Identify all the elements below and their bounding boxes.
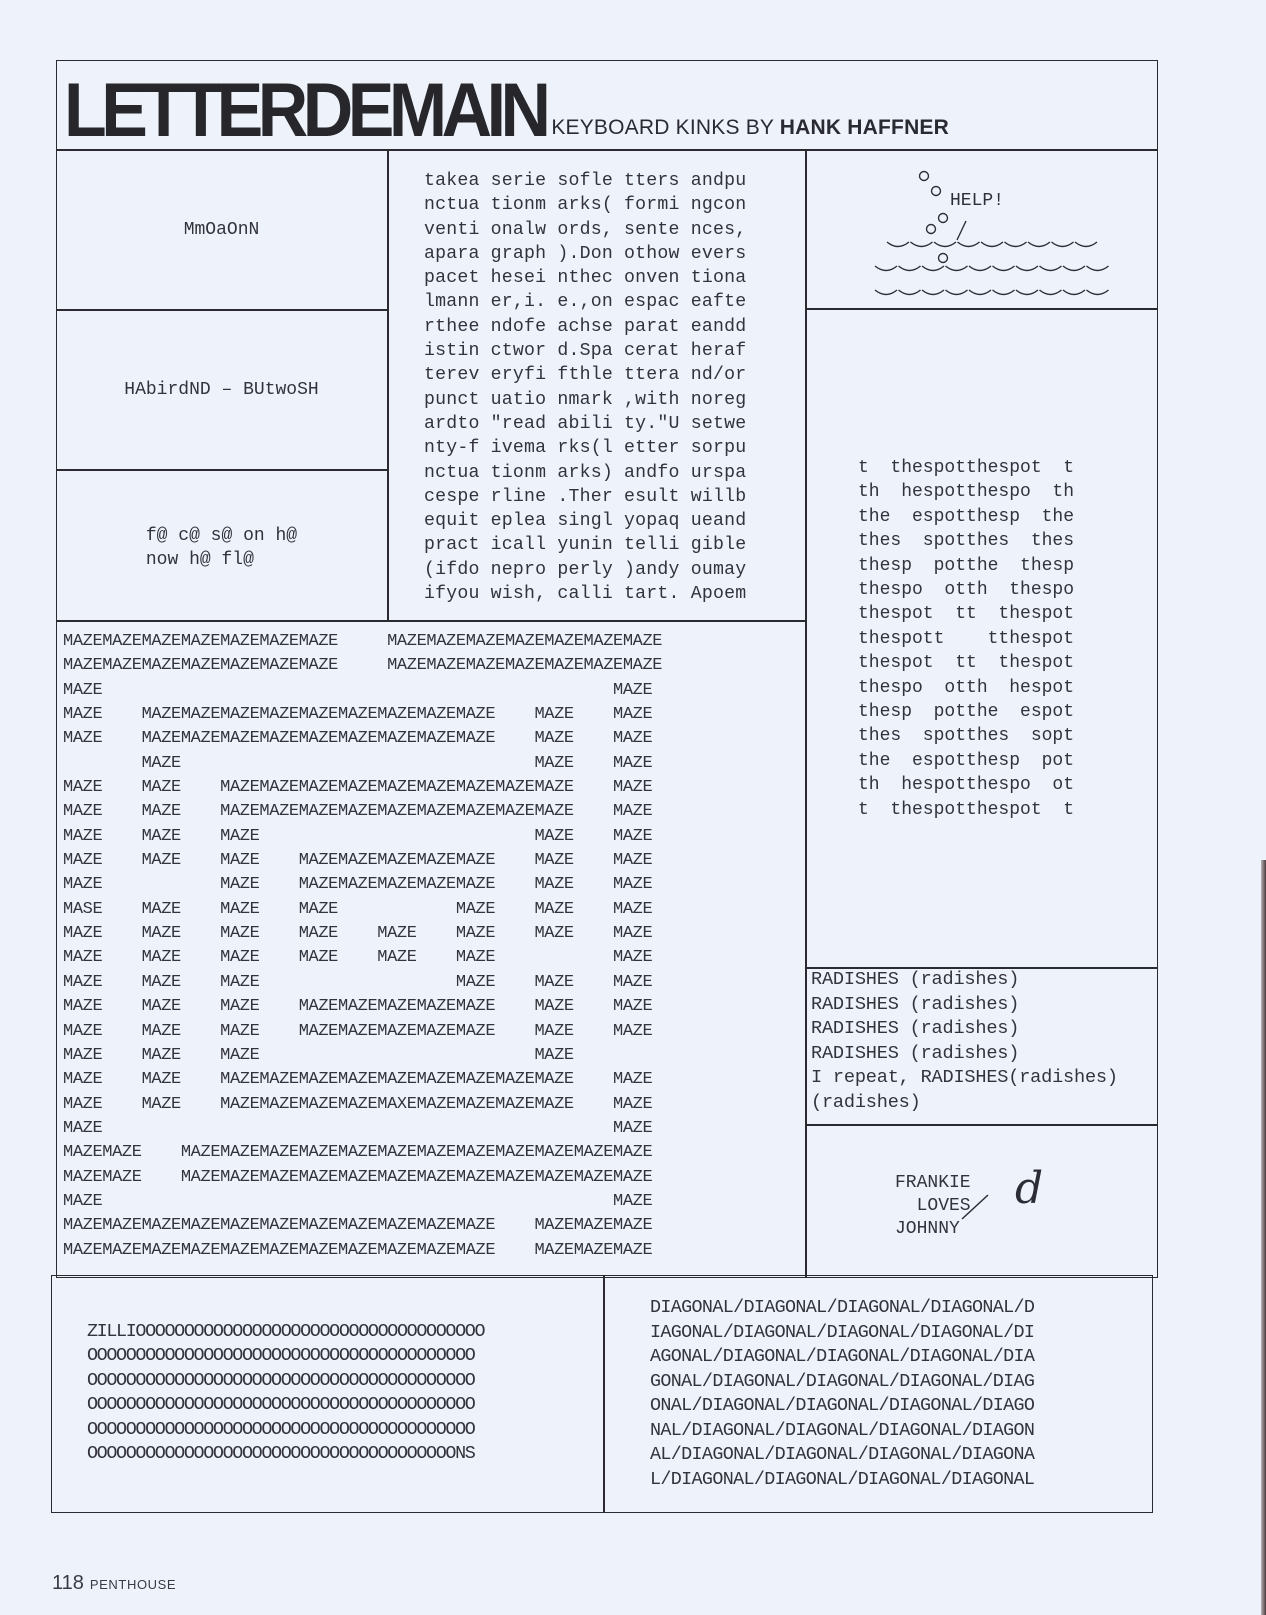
text-line: MAZE MAZE MAZEMAZEMAZEMAZEMAZEMAZEMAZEMA… <box>63 776 662 800</box>
text-line: MAZE MAZE <box>63 1190 662 1214</box>
text-line: pract icall yunin telli gible <box>424 533 746 557</box>
text-line: thespo otth thespo <box>858 578 1074 602</box>
text-line: lmann er,i. e.,on espac eafte <box>424 290 746 314</box>
puzzle-moon-text: MmOaOnN <box>184 217 260 243</box>
text-line: L/DIAGONAL/DIAGONAL/DIAGONAL/DIAGONAL <box>650 1468 1034 1493</box>
page-binding-edge <box>1261 860 1266 1615</box>
divider-help-bottom <box>805 308 1158 310</box>
text-line: thes spotthes sopt <box>858 724 1074 748</box>
puzzle-at-signs-text: f@ c@ s@ on h@ now h@ fl@ <box>146 524 297 572</box>
text-line: DIAGONAL/DIAGONAL/DIAGONAL/DIAGONAL/D <box>650 1296 1034 1321</box>
text-line: thespo otth hespot <box>858 676 1074 700</box>
text-line: thespot tt thespot <box>858 651 1074 675</box>
text-line: MAZE MAZEMAZEMAZEMAZEMAZEMAZEMAZEMAZEMAZ… <box>63 703 662 727</box>
text-line: RADISHES (radishes) <box>811 968 1118 993</box>
divider-left-col <box>387 149 389 621</box>
magazine-name: PENTHOUSE <box>90 1577 176 1592</box>
text-line: AGONAL/DIAGONAL/DIAGONAL/DIAGONAL/DIA <box>650 1345 1034 1370</box>
article-logo: LETTERDEMAIN <box>64 80 545 142</box>
text-line: ZILLIOOOOOOOOOOOOOOOOOOOOOOOOOOOOOOOOOOO… <box>87 1320 484 1344</box>
page-footer: 118PENTHOUSE <box>52 1572 176 1595</box>
help-text: HELP! <box>950 191 1004 211</box>
text-line: MAZEMAZE MAZEMAZEMAZEMAZEMAZEMAZEMAZEMAZ… <box>63 1166 662 1190</box>
text-line: MAZE MAZE <box>63 1117 662 1141</box>
text-line: thespot tt thespot <box>858 602 1074 626</box>
text-line: thespott tthespot <box>858 627 1074 651</box>
text-line: thes spotthes thes <box>858 529 1074 553</box>
text-line: MAZE MAZE MAZEMAZEMAZEMAZEMAZEMAZEMAZEMA… <box>63 800 662 824</box>
text-line: MAZE MAZE <box>63 679 662 703</box>
text-line: OOOOOOOOOOOOOOOOOOOOOOOOOOOOOOOOOOOOOOOO <box>87 1344 484 1368</box>
divider-radish-bottom <box>805 1124 1158 1126</box>
text-line: nctua tionm arks) andfo urspa <box>424 461 746 485</box>
text-line: the espotthesp pot <box>858 749 1074 773</box>
text-line: rthee ndofe achse parat eandd <box>424 315 746 339</box>
text-line: MAZE MAZE MAZE MAZE MAZE MAZE MAZE <box>63 946 662 970</box>
text-line: t thespotthespot t <box>858 456 1074 480</box>
text-line: OOOOOOOOOOOOOOOOOOOOOOOOOOOOOOOOOOOOOONS <box>87 1442 484 1466</box>
byline-prefix: KEYBOARD KINKS BY <box>551 116 779 139</box>
text-line: nty-f ivema rks(l etter sorpu <box>424 436 746 460</box>
text-line: FRANKIE <box>895 1172 971 1195</box>
divider-maze-top <box>56 620 805 622</box>
text-line: OOOOOOOOOOOOOOOOOOOOOOOOOOOOOOOOOOOOOOOO <box>87 1393 484 1417</box>
text-line: MAZEMAZE MAZEMAZEMAZEMAZEMAZEMAZEMAZEMAZ… <box>63 1141 662 1165</box>
thespot-text-block: t thespotthespot tth hespotthespo ththe … <box>858 456 1074 822</box>
zillions-text-block: ZILLIOOOOOOOOOOOOOOOOOOOOOOOOOOOOOOOOOOO… <box>87 1320 484 1466</box>
text-line: takea serie sofle tters andpu <box>424 169 746 193</box>
text-line: RADISHES (radishes) <box>811 1042 1118 1067</box>
radishes-text-block: RADISHES (radishes)RADISHES (radishes)RA… <box>811 968 1118 1115</box>
poem-text-block: takea serie sofle tters andpunctua tionm… <box>424 169 746 606</box>
puzzle-bird-bush-text: HAbirdND – BUtwoSH <box>124 377 318 403</box>
text-line: the espotthesp the <box>858 505 1074 529</box>
text-line: istin ctwor d.Spa cerat heraf <box>424 339 746 363</box>
text-line: apara graph ).Don othow evers <box>424 242 746 266</box>
text-line: punct uatio nmark ,with noreg <box>424 388 746 412</box>
text-line: terev eryfi fthle ttera nd/or <box>424 363 746 387</box>
divider-bottom-mid <box>603 1275 605 1513</box>
text-line: venti onalw ords, sente nces, <box>424 218 746 242</box>
text-line: MAZE MAZE MAZEMAZEMAZEMAZEMAZE MAZE MAZE <box>63 873 662 897</box>
text-line: AL/DIAGONAL/DIAGONAL/DIAGONAL/DIAGONA <box>650 1443 1034 1468</box>
text-line: equit eplea singl yopaq ueand <box>424 509 746 533</box>
text-line: MAZE MAZE MAZEMAZEMAZEMAZEMAZEMAZEMAZEMA… <box>63 1068 662 1092</box>
text-line: th hespotthespo ot <box>858 773 1074 797</box>
masthead: LETTERDEMAIN KEYBOARD KINKS BY HANK HAFF… <box>64 72 949 142</box>
puzzle-at-signs: f@ c@ s@ on h@ now h@ fl@ <box>56 470 387 620</box>
handwritten-correction: d <box>1015 1163 1043 1214</box>
diagonal-text-block: DIAGONAL/DIAGONAL/DIAGONAL/DIAGONAL/DIAG… <box>650 1296 1034 1492</box>
text-line: MASE MAZE MAZE MAZE MAZE MAZE MAZE <box>63 898 662 922</box>
text-line: MAZE MAZE MAZEMAZEMAZEMAZEMAXEMAZEMAZEMA… <box>63 1093 662 1117</box>
text-line: MAZE MAZEMAZEMAZEMAZEMAZEMAZEMAZEMAZEMAZ… <box>63 727 662 751</box>
text-line: MAZE MAZE MAZE MAZE MAZE <box>63 825 662 849</box>
text-line: MAZE MAZE MAZE MAZE MAZE MAZE <box>63 971 662 995</box>
text-line: RADISHES (radishes) <box>811 1017 1118 1042</box>
help-drowning-drawing: HELP! <box>865 160 1115 300</box>
text-line: GONAL/DIAGONAL/DIAGONAL/DIAGONAL/DIAG <box>650 1370 1034 1395</box>
text-line: MAZE MAZE MAZE MAZE MAZE MAZE MAZE MAZE <box>63 922 662 946</box>
text-line: MAZE MAZE MAZE MAZEMAZEMAZEMAZEMAZE MAZE… <box>63 1020 662 1044</box>
text-line: MAZE MAZE MAZE MAZE <box>63 1044 662 1068</box>
text-line: I repeat, RADISHES(radishes) <box>811 1066 1118 1091</box>
text-line: RADISHES (radishes) <box>811 993 1118 1018</box>
strike-through-mark-icon <box>960 1193 990 1221</box>
text-line: (ifdo nepro perly )andy oumay <box>424 558 746 582</box>
text-line: cespe rline .Ther esult willb <box>424 485 746 509</box>
text-line: pacet hesei nthec onven tiona <box>424 266 746 290</box>
byline-author: HANK HAFFNER <box>780 116 949 139</box>
text-line: NAL/DIAGONAL/DIAGONAL/DIAGONAL/DIAGON <box>650 1419 1034 1444</box>
text-line: MAZE MAZE MAZE <box>63 752 662 776</box>
text-line: thesp potthe espot <box>858 700 1074 724</box>
text-line: ONAL/DIAGONAL/DIAGONAL/DIAGONAL/DIAGO <box>650 1394 1034 1419</box>
text-line: (radishes) <box>811 1091 1118 1116</box>
text-line: nctua tionm arks( formi ngcon <box>424 193 746 217</box>
text-line: t thespotthespot t <box>858 798 1074 822</box>
text-line: JOHNNY <box>895 1218 971 1241</box>
text-line: thesp potthe thesp <box>858 554 1074 578</box>
text-line: ardto "read abili ty."U setwe <box>424 412 746 436</box>
text-line: MAZEMAZEMAZEMAZEMAZEMAZEMAZE MAZEMAZEMAZ… <box>63 654 662 678</box>
text-line: MAZE MAZE MAZE MAZEMAZEMAZEMAZEMAZE MAZE… <box>63 995 662 1019</box>
text-line: th hespotthespo th <box>858 480 1074 504</box>
byline: KEYBOARD KINKS BY HANK HAFFNER <box>551 116 949 140</box>
text-line: ifyou wish, calli tart. Apoem <box>424 582 746 606</box>
text-line: MAZEMAZEMAZEMAZEMAZEMAZEMAZEMAZEMAZEMAZE… <box>63 1214 662 1238</box>
text-line: MAZEMAZEMAZEMAZEMAZEMAZEMAZEMAZEMAZEMAZE… <box>63 1239 662 1263</box>
puzzle-moon: MmOaOnN <box>56 150 387 309</box>
text-line: OOOOOOOOOOOOOOOOOOOOOOOOOOOOOOOOOOOOOOOO <box>87 1369 484 1393</box>
bubbles-and-waves-icon: HELP! <box>865 160 1115 300</box>
divider-right-col <box>805 149 807 1278</box>
puzzle-bird-bush: HAbirdND – BUtwoSH <box>56 310 387 469</box>
text-line: OOOOOOOOOOOOOOOOOOOOOOOOOOOOOOOOOOOOOOOO <box>87 1418 484 1442</box>
text-line: IAGONAL/DIAGONAL/DIAGONAL/DIAGONAL/DI <box>650 1321 1034 1346</box>
maze-text-block: MAZEMAZEMAZEMAZEMAZEMAZEMAZE MAZEMAZEMAZ… <box>63 630 662 1263</box>
text-line: MAZE MAZE MAZE MAZEMAZEMAZEMAZEMAZE MAZE… <box>63 849 662 873</box>
text-line: MAZEMAZEMAZEMAZEMAZEMAZEMAZE MAZEMAZEMAZ… <box>63 630 662 654</box>
page-number: 118 <box>52 1572 84 1594</box>
